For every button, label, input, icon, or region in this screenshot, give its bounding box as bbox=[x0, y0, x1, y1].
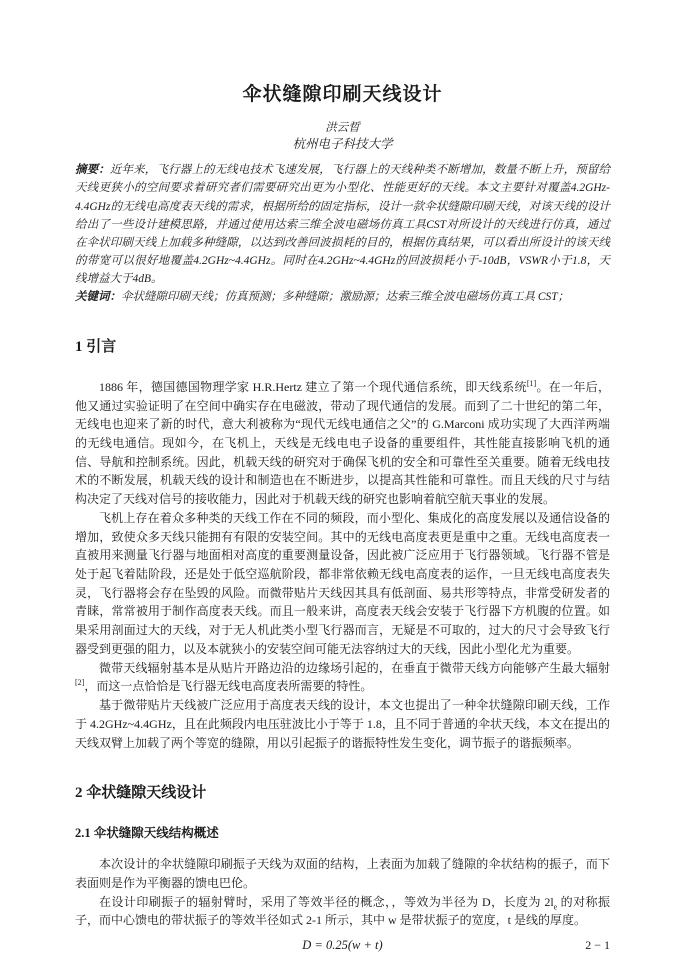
keywords-label: 关键词： bbox=[75, 291, 121, 303]
paragraph-text: 在设计印刷振子的辐射臂时，采用了等效半径的概念，，等效为半径为 D，长度为 2l bbox=[99, 895, 554, 909]
citation-ref-2: [2] bbox=[75, 678, 84, 687]
paragraph-text: 微带天线辐射基本是从贴片开路边沿的边缘场引起的，在垂直于微带天线方向能够产生最大… bbox=[99, 661, 610, 675]
section-1-paragraph-3: 微带天线辐射基本是从贴片开路边沿的边缘场引起的，在垂直于微带天线方向能够产生最大… bbox=[75, 659, 610, 696]
keywords-paragraph: 关键词：伞状缝隙印刷天线；仿真预测；多种缝隙；激励源；达索三维全波电磁场仿真工具… bbox=[75, 288, 610, 306]
paragraph-text: 1886 年，德国德国物理学家 H.R.Hertz 建立了第一个现代通信系统，即… bbox=[99, 380, 527, 394]
citation-ref-1: [1] bbox=[527, 379, 536, 388]
abstract-text: 近年来，飞行器上的无线电技术飞速发展，飞行器上的天线种类不断增加，数量不断上升，… bbox=[75, 164, 610, 285]
abstract-paragraph: 摘要：近年来，飞行器上的无线电技术飞速发展，飞行器上的天线种类不断增加，数量不断… bbox=[75, 161, 610, 288]
keywords-text: 伞状缝隙印刷天线；仿真预测；多种缝隙；激励源；达索三维全波电磁场仿真工具 CST… bbox=[121, 291, 569, 303]
paper-title: 伞状缝隙印刷天线设计 bbox=[75, 80, 610, 110]
equation-2-1-row: D = 0.25(w + t) 2 − 1 bbox=[75, 936, 610, 956]
section-1-paragraph-4: 基于微带贴片天线被广泛应用于高度表天线的设计，本文也提出了一种伞状缝隙印刷天线，… bbox=[75, 696, 610, 752]
equation-formula: D = 0.25(w + t) bbox=[75, 936, 610, 956]
author-name: 洪云晢 bbox=[75, 120, 610, 136]
section-2-heading: 2 伞状缝隙天线设计 bbox=[75, 782, 610, 805]
abstract-label: 摘要： bbox=[75, 164, 110, 176]
affiliation: 杭州电子科技大学 bbox=[75, 136, 610, 154]
section-1-paragraph-2: 飞机上存在着众多种类的天线工作在不同的频段，而小型化、集成化的高度发展以及通信设… bbox=[75, 509, 610, 659]
paragraph-text: 。在一年后，他又通过实验证明了在空间中确实存在电磁波，带动了现代通信的发展。而到… bbox=[75, 380, 610, 506]
section-1-heading: 1 引言 bbox=[75, 336, 610, 359]
section-2-1-paragraph-2: 在设计印刷振子的辐射臂时，采用了等效半径的概念，，等效为半径为 D，长度为 2l… bbox=[75, 893, 610, 930]
equation-number: 2 − 1 bbox=[585, 936, 610, 955]
section-2-1-paragraph-1: 本次设计的伞状缝隙印刷振子天线为双面的结构，上表面为加载了缝隙的伞状结构的振子，… bbox=[75, 855, 610, 892]
section-2-1-heading: 2.1 伞状缝隙天线结构概述 bbox=[75, 824, 610, 844]
section-1-paragraph-1: 1886 年，德国德国物理学家 H.R.Hertz 建立了第一个现代通信系统，即… bbox=[75, 378, 610, 509]
paper-page: 伞状缝隙印刷天线设计 洪云晢 杭州电子科技大学 摘要：近年来，飞行器上的无线电技… bbox=[0, 0, 678, 960]
paragraph-text: ，而这一点恰恰是飞行器无线电高度表所需要的特性。 bbox=[84, 679, 372, 693]
